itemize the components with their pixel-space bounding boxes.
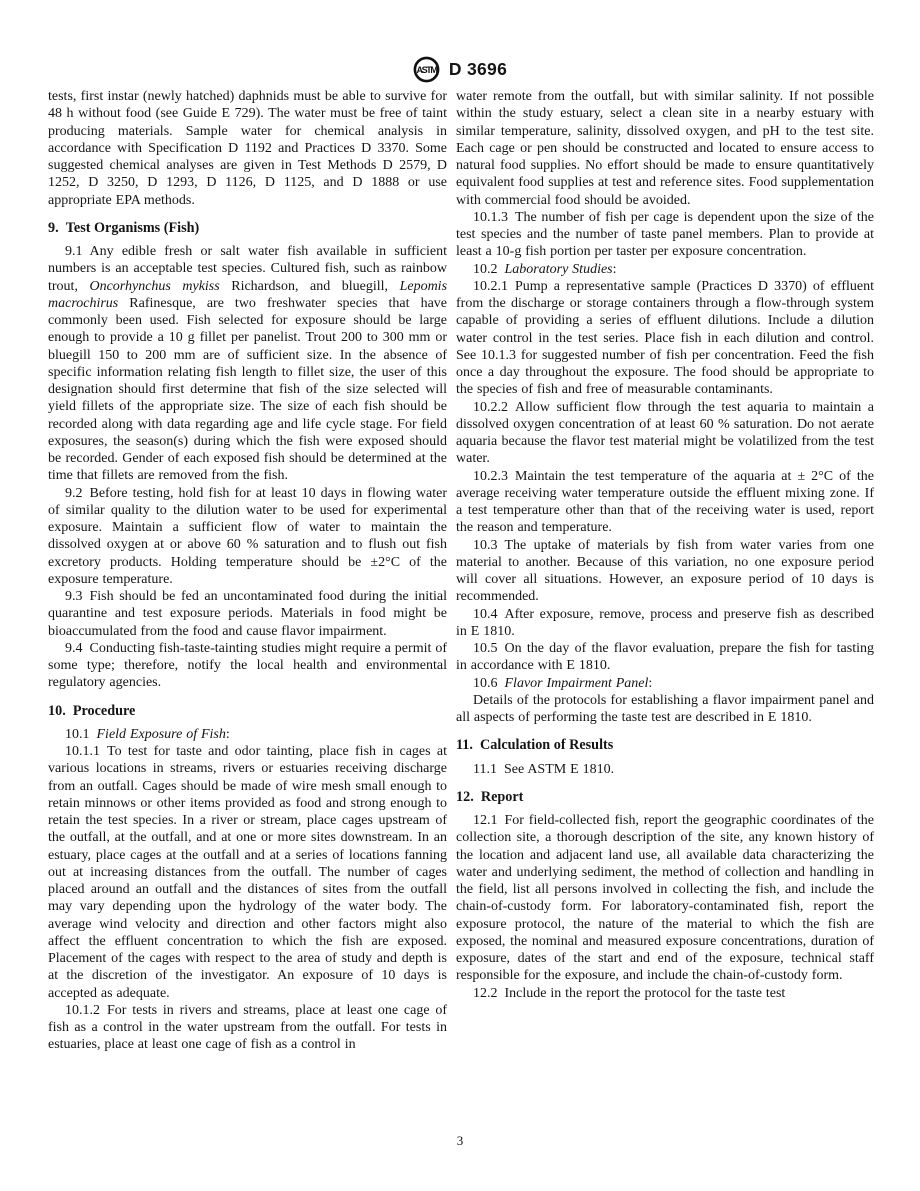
text-run: : [613, 262, 617, 277]
text-run: 10.6 [473, 676, 505, 691]
italic-text-run: Laboratory Studies [505, 262, 613, 277]
paragraph: 10.6 Flavor Impairment Panel: [456, 675, 874, 692]
text-run: 9.2 Before testing, hold fish for at lea… [48, 486, 447, 587]
paragraph: 10.1.1 To test for taste and odor tainti… [48, 743, 447, 1002]
text-run: tests, first instar (newly hatched) daph… [48, 89, 447, 208]
paragraph: 9.2 Before testing, hold fish for at lea… [48, 485, 447, 589]
section-heading: 9. Test Organisms (Fish) [48, 220, 447, 237]
paragraph: 11.1 See ASTM E 1810. [456, 761, 874, 778]
astm-logo-icon: ASTM [413, 56, 440, 83]
paragraph: Details of the protocols for establishin… [456, 692, 874, 727]
paragraph: 10.4 After exposure, remove, process and… [456, 606, 874, 641]
two-column-body: tests, first instar (newly hatched) daph… [48, 88, 874, 1054]
column-right: water remote from the outfall, but with … [456, 88, 874, 1054]
text-run: 12.1 For field-collected fish, report th… [456, 813, 874, 983]
text-run: 9.3 Fish should be fed an uncontaminated… [48, 589, 447, 639]
text-run: 10.2.1 Pump a representative sample (Pra… [456, 279, 874, 398]
paragraph: 10.3 The uptake of materials by fish fro… [456, 537, 874, 606]
italic-text-run: Oncorhynchus mykiss [89, 279, 219, 294]
text-run: : [648, 676, 652, 691]
page-number: 3 [457, 1133, 464, 1148]
section-heading: 10. Procedure [48, 703, 447, 720]
document-header: ASTM D 3696 [0, 56, 920, 83]
text-run: Details of the protocols for establishin… [456, 693, 874, 725]
italic-text-run: Field Exposure of Fish [97, 727, 226, 742]
text-run: water remote from the outfall, but with … [456, 89, 874, 208]
text-run: 12.2 Include in the report the protocol … [473, 986, 785, 1001]
paragraph: 10.1.3 The number of fish per cage is de… [456, 209, 874, 261]
text-run: 11.1 See ASTM E 1810. [473, 762, 614, 777]
text-run: 10.1.2 For tests in rivers and streams, … [48, 1003, 447, 1053]
text-run: : [226, 727, 230, 742]
text-run: 10.3 The uptake of materials by fish fro… [456, 538, 874, 605]
paragraph: 12.2 Include in the report the protocol … [456, 985, 874, 1002]
svg-text:ASTM: ASTM [416, 65, 437, 75]
text-run: 10.1 [65, 727, 97, 742]
paragraph: tests, first instar (newly hatched) daph… [48, 88, 447, 209]
paragraph: 10.1.2 For tests in rivers and streams, … [48, 1002, 447, 1054]
text-run: 10.1.3 The number of fish per cage is de… [456, 210, 874, 260]
document-page: ASTM D 3696 tests, first instar (newly h… [0, 0, 920, 1191]
paragraph: 10.2 Laboratory Studies: [456, 261, 874, 278]
text-run: Rafinesque, are two freshwater species t… [48, 296, 447, 484]
paragraph: 9.3 Fish should be fed an uncontaminated… [48, 588, 447, 640]
text-run: 9.4 Conducting fish-taste-tainting studi… [48, 641, 447, 691]
paragraph: 10.2.3 Maintain the test temperature of … [456, 468, 874, 537]
page-footer: 3 [0, 1133, 920, 1149]
document-number: D 3696 [449, 59, 507, 80]
italic-text-run: Flavor Impairment Panel [505, 676, 649, 691]
paragraph: water remote from the outfall, but with … [456, 88, 874, 209]
paragraph: 12.1 For field-collected fish, report th… [456, 812, 874, 985]
paragraph: 9.4 Conducting fish-taste-tainting studi… [48, 640, 447, 692]
text-run: 10.4 After exposure, remove, process and… [456, 607, 874, 639]
text-run: 10.1.1 To test for taste and odor tainti… [48, 744, 447, 1001]
text-run: 10.2.3 Maintain the test temperature of … [456, 469, 874, 536]
text-run: Richardson, and bluegill, [220, 279, 400, 294]
paragraph: 10.5 On the day of the flavor evaluation… [456, 640, 874, 675]
column-left: tests, first instar (newly hatched) daph… [48, 88, 447, 1054]
text-run: 10.2.2 Allow sufficient flow through the… [456, 400, 874, 467]
section-heading: 12. Report [456, 789, 874, 806]
section-heading: 11. Calculation of Results [456, 737, 874, 754]
paragraph: 9.1 Any edible fresh or salt water fish … [48, 243, 447, 485]
paragraph: 10.2.1 Pump a representative sample (Pra… [456, 278, 874, 399]
paragraph: 10.1 Field Exposure of Fish: [48, 726, 447, 743]
text-run: 10.2 [473, 262, 505, 277]
paragraph: 10.2.2 Allow sufficient flow through the… [456, 399, 874, 468]
text-run: 10.5 On the day of the flavor evaluation… [456, 641, 874, 673]
